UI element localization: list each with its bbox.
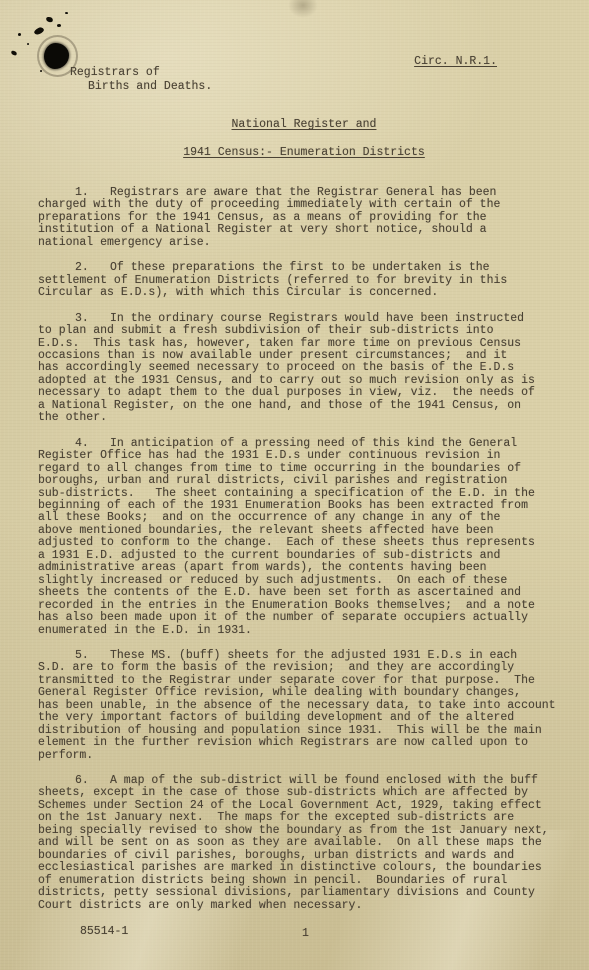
paragraph-line: boroughs, urban and rural districts, civ… [38,475,570,487]
document-title-line-2: 1941 Census:- Enumeration Districts [38,146,570,159]
document-body: 1.Registrars are aware that the Registra… [38,187,570,925]
paragraph-line: a National Register, on the one hand, an… [38,400,570,412]
paragraph-line: national emergency arise. [38,237,570,249]
paragraph-line: to plan and submit a fresh subdivision o… [38,325,570,337]
paragraph-line: districts, petty sessional divisions, pa… [38,887,570,899]
paragraph-line: enumerated in the E.D. in 1931. [38,625,570,637]
paragraph-6: 6.A map of the sub-district will be foun… [38,775,570,912]
document-page: Circ. N.R.1. Registrars of Births and De… [0,0,589,970]
paragraph-line: and will be sent on as soon as they are … [38,837,570,849]
paragraph-first-line-text: These MS. (buff) sheets for the adjusted… [110,649,517,662]
footer-print-ref: 85514-1 [80,925,128,938]
ink-speck [18,33,21,36]
ink-speck [45,16,53,23]
document-title-line-1: National Register and [38,118,570,131]
paragraph-first-line-text: In anticipation of a pressing need of th… [110,437,517,450]
paragraph-line: Court districts are only marked when nec… [38,900,570,912]
paragraph-line: all these Books; and on the occurrence o… [38,512,570,524]
paragraph-line: sheets the contents of the E.D. have bee… [38,587,570,599]
ink-speck [10,50,17,56]
addressee-line-1: Registrars of [70,66,160,79]
paragraph-line: the very important factors of building d… [38,712,570,724]
paragraph-3: 3.In the ordinary course Registrars woul… [38,313,570,425]
paragraph-first-line-text: Of these preparations the first to be un… [110,261,490,274]
ink-speck [27,43,29,45]
paragraph-1: 1.Registrars are aware that the Registra… [38,187,570,249]
ink-speck [40,70,42,72]
paragraph-line: administrative areas (apart from wards),… [38,562,570,574]
pencil-smudge [288,0,318,18]
paragraph-line: General Register Office revision, while … [38,687,570,699]
document-title-text-2: 1941 Census:- Enumeration Districts [183,146,425,159]
paragraph-number: 2. [75,262,110,274]
ink-speck [65,12,68,14]
paragraph-5: 5.These MS. (buff) sheets for the adjust… [38,650,570,762]
paragraph-line: on the 1st January next. The maps for th… [38,812,570,824]
paragraph-line: institution of a National Register at ve… [38,224,570,236]
paragraph-line: S.D. are to form the basis of the revisi… [38,662,570,674]
paragraph-line: ecclesiastical parishes are marked in di… [38,862,570,874]
paragraph-4: 4.In anticipation of a pressing need of … [38,438,570,637]
footer-page-number: 1 [302,927,309,940]
paragraph-line: element in the further revision which Re… [38,737,570,749]
ink-speck [57,24,61,27]
paragraph-line: 2.Of these preparations the first to be … [38,262,570,274]
paragraph-line: perform. [38,750,570,762]
addressee-line-2: Births and Deaths. [88,80,212,93]
circular-ref: Circ. N.R.1. [414,55,497,68]
paragraph-line: Circular as E.D.s), with which this Circ… [38,287,570,299]
paragraph-line: Register Office has had the 1931 E.D.s u… [38,450,570,462]
paragraph-line: necessary to adapt them to the dual purp… [38,387,570,399]
paragraph-first-line-text: A map of the sub-district will be found … [110,774,538,787]
ink-speck [33,26,45,36]
document-title-text-1: National Register and [232,118,377,131]
paragraph-line: adjusted to conform to the change. Each … [38,537,570,549]
paragraph-line: the other. [38,412,570,424]
paragraph-first-line-text: Registrars are aware that the Registrar … [110,186,496,199]
paragraph-line: has also been made upon it of the number… [38,612,570,624]
paragraph-first-line-text: In the ordinary course Registrars would … [110,312,524,325]
paragraph-2: 2.Of these preparations the first to be … [38,262,570,299]
